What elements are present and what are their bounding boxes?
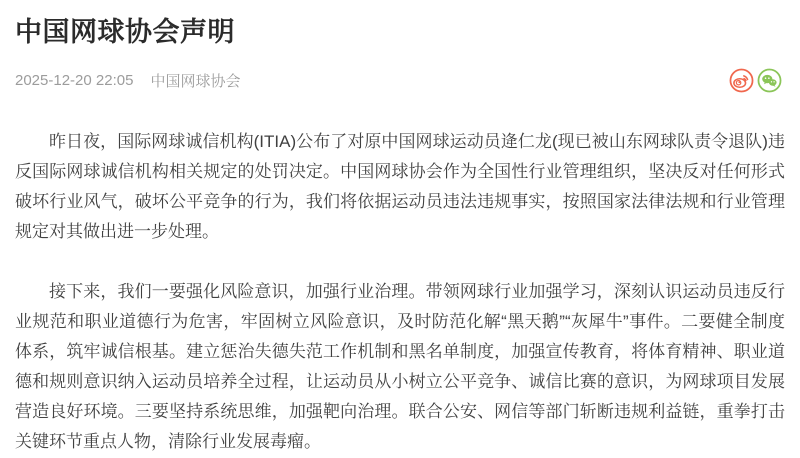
source-name: 中国网球协会 bbox=[150, 70, 240, 91]
wechat-icon bbox=[757, 68, 782, 93]
article-meta: 2025-12-20 22:05 中国网球协会 bbox=[15, 70, 240, 91]
weibo-icon bbox=[729, 68, 754, 93]
page-title: 中国网球协会声明 bbox=[15, 14, 785, 50]
wechat-share-button[interactable] bbox=[757, 68, 782, 93]
article-paragraph-2: 接下来，我们一要强化风险意识，加强行业治理。带领网球行业加强学习，深刻认识运动员… bbox=[15, 277, 785, 457]
article-meta-row: 2025-12-20 22:05 中国网球协会 bbox=[15, 67, 785, 93]
article-body: 昨日夜，国际网球诚信机构(ITIA)公布了对原中国网球运动员逄仁龙(现已被山东网… bbox=[15, 127, 785, 457]
article-page: 中国网球协会声明 2025-12-20 22:05 中国网球协会 bbox=[0, 0, 800, 458]
publish-date: 2025-12-20 22:05 bbox=[15, 72, 133, 89]
weibo-share-button[interactable] bbox=[729, 68, 754, 93]
share-toolbar bbox=[729, 68, 785, 93]
article-paragraph-1: 昨日夜，国际网球诚信机构(ITIA)公布了对原中国网球运动员逄仁龙(现已被山东网… bbox=[15, 127, 785, 247]
